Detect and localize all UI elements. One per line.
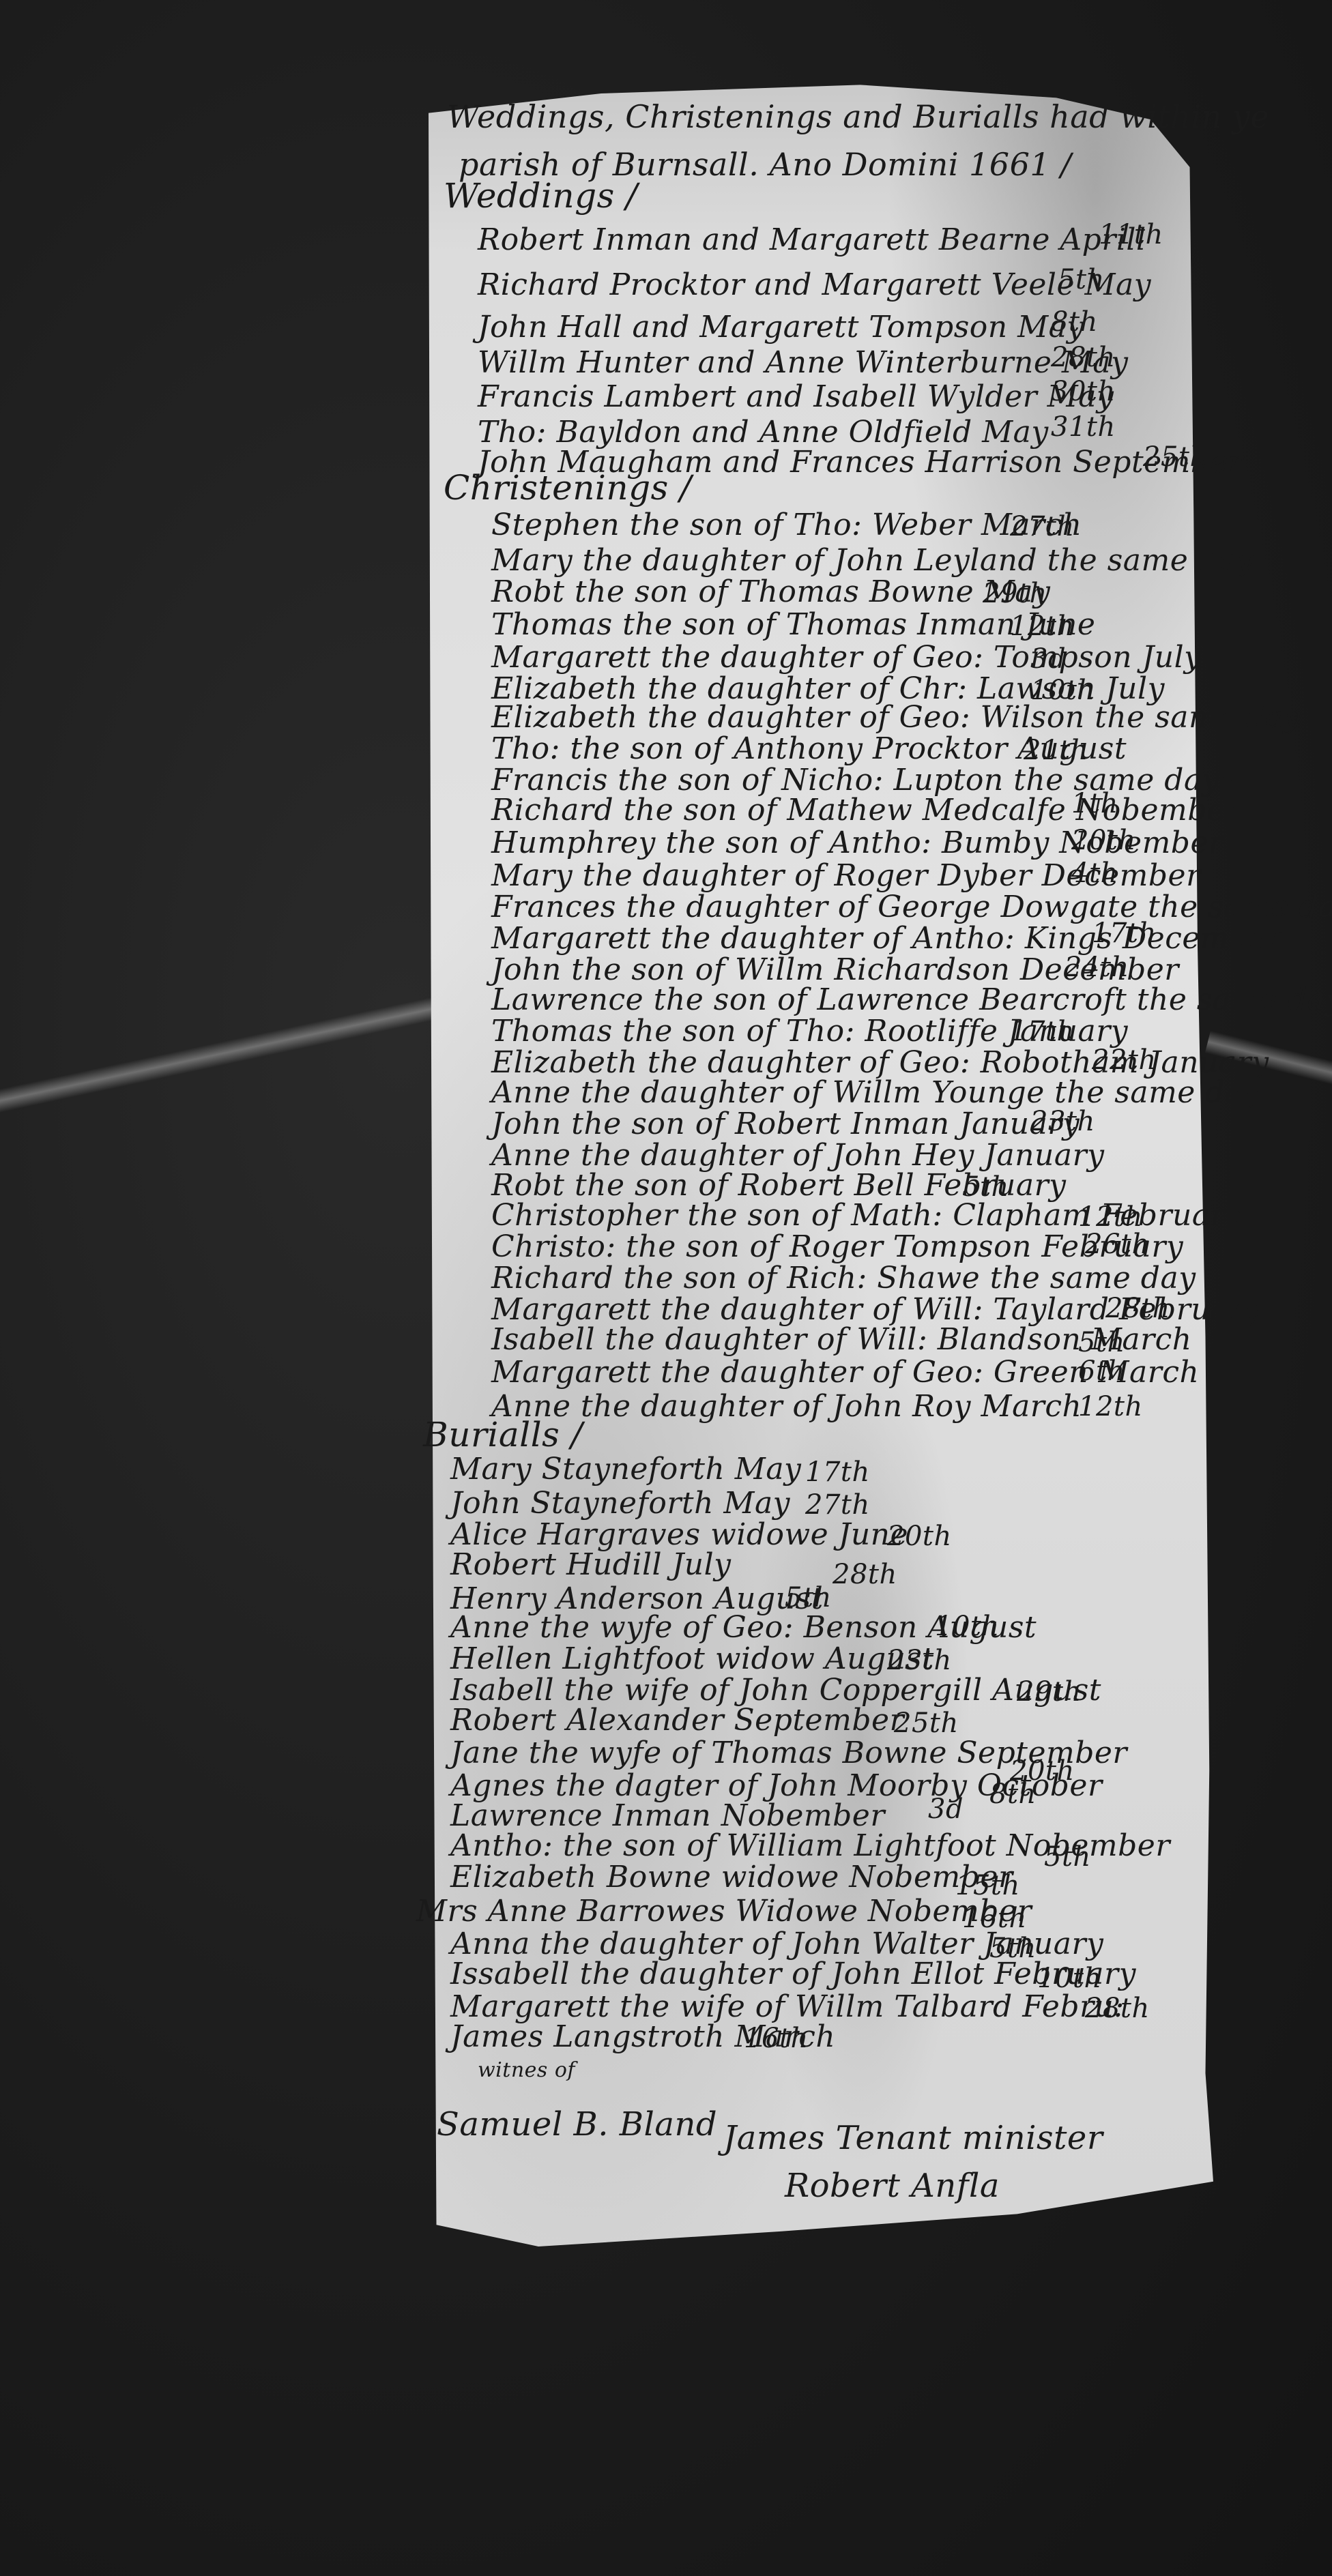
entry-date: 23th — [1030, 1108, 1095, 1135]
wedding-entry: Tho: Bayldon and Anne Oldfield May 31th — [478, 418, 1049, 448]
entry-text: Stephen the son of Tho: Weber March — [491, 508, 1082, 542]
christening-entry: Frances the daughter of George Dowgate t… — [491, 892, 1332, 922]
christening-entry: Christo: the son of Roger Tompson Februa… — [491, 1232, 1183, 1262]
christening-entry: Elizabeth the daughter of Geo: Robotham … — [491, 1048, 1269, 1078]
christening-entry: Isabell the daughter of Will: Blandson M… — [491, 1325, 1192, 1355]
entry-text: Margarett the daughter of Antho: Kings D… — [491, 921, 1282, 956]
entry-date: 12th — [1010, 613, 1075, 640]
entry-date: 31th — [1051, 413, 1116, 441]
entry-text: John the son of Robert Inman January — [491, 1107, 1080, 1141]
christening-entry: Mary the daughter of Roger Dyber Decembe… — [491, 861, 1201, 891]
burial-entry: Mrs Anne Barrowes Widowe Nobember16th — [416, 1897, 1032, 1927]
entry-text: Anne the daughter of Willm Younge the sa… — [491, 1075, 1260, 1110]
burial-entry: Jane the wyfe of Thomas Bowne September2… — [450, 1738, 1127, 1768]
burial-entry: John Stayneforth May27th — [450, 1489, 790, 1519]
entry-text: Elizabeth the daughter of Geo: Wilson th… — [491, 700, 1301, 735]
christening-entry: Mary the daughter of John Leyland the sa… — [491, 546, 1254, 576]
entry-date: 5th — [1044, 1843, 1091, 1871]
entry-text: Frances the daughter of George Dowgate t… — [491, 890, 1332, 924]
burial-entry: Antho: the son of William Lightfoot Nobe… — [450, 1831, 1170, 1861]
entry-date: 27th — [805, 1491, 870, 1519]
christening-entry: Thomas the son of Tho: Rootliffe January… — [491, 1016, 1128, 1046]
entry-date: 12th — [1078, 1203, 1143, 1231]
entry-date: 28th — [1105, 1295, 1170, 1322]
burial-entry: Isabell the wife of John Coppergill Augu… — [450, 1675, 1101, 1706]
burial-entry: Issabell the daughter of John Ellot Febr… — [450, 1959, 1136, 1989]
burial-entry: Anna the daughter of John Walter January… — [450, 1929, 1103, 1959]
entry-date: 5th — [962, 1173, 1009, 1201]
burial-entry: Hellen Lightfoot widow August23th — [450, 1644, 934, 1674]
christening-entry: Margarett the daughter of Geo: Green Mar… — [491, 1358, 1199, 1388]
manuscript-text: Weddings, Christenings and Burialls had … — [0, 0, 1332, 2576]
entry-date: 6th — [1078, 1358, 1125, 1385]
christening-entry: Christopher the son of Math: Clapham Feb… — [491, 1201, 1242, 1231]
christening-entry: Tho: the son of Anthony Procktor August2… — [491, 734, 1127, 764]
wedding-entry: Francis Lambert and Isabell Wylder May 3… — [478, 382, 1114, 412]
christening-entry: Stephen the son of Tho: Weber March27th — [491, 510, 1082, 540]
burial-entry: James Langstroth March16th — [450, 2022, 835, 2052]
entry-text: Robt the son of Thomas Bowne May — [491, 574, 1050, 609]
entry-date: 26th — [1085, 1231, 1150, 1258]
entry-text: Lawrence the son of Lawrence Bearcroft t… — [491, 982, 1332, 1017]
entry-text: Francis Lambert and Isabell Wylder May — [478, 379, 1114, 414]
entry-date: 12th — [1078, 1393, 1143, 1420]
entry-date: 5th — [1078, 1329, 1125, 1356]
entry-date: 8th — [1051, 308, 1098, 336]
burial-entry: Agnes the dagter of John Moorby October8… — [450, 1771, 1103, 1801]
entry-date: 25th — [894, 1710, 959, 1737]
burial-entry: Mary Stayneforth May17th — [450, 1454, 801, 1484]
entry-text: Christo: the son of Roger Tompson Februa… — [491, 1229, 1183, 1264]
entry-text: Robert Alexander September — [450, 1703, 904, 1738]
entry-date: 23th — [887, 1647, 952, 1674]
burial-entry: Anne the wyfe of Geo: Benson August10th — [450, 1613, 1037, 1643]
burial-entry: Elizabeth Bowne widowe Nobember15th — [450, 1862, 1013, 1892]
christening-entry: John the son of Willm Richardson Decembe… — [491, 955, 1179, 985]
entry-text: John Hall and Margarett Tompson May — [478, 310, 1084, 345]
christening-entry: Humphrey the son of Antho: Bumby Nobembe… — [491, 828, 1224, 858]
christening-entry: Robt the son of Robert Bell February5th — [491, 1171, 1067, 1201]
christening-entry: Thomas the son of Thomas Inman June12th — [491, 610, 1095, 640]
burial-entry: Robert Alexander September25th — [450, 1706, 904, 1736]
entry-date: 11th — [1099, 221, 1163, 248]
burials-heading: Burialls / — [423, 1418, 583, 1452]
wedding-entry: John Hall and Margarett Tompson May 8th — [478, 312, 1084, 342]
signature-james-tenant: James Tenant minister — [723, 2122, 1103, 2154]
entry-date: 17th — [1010, 1018, 1075, 1045]
burial-entry: Margarett the wife of Willm Talbard Febr… — [450, 1992, 1125, 2022]
wedding-entry: Richard Procktor and Margarett Veele May… — [478, 270, 1151, 300]
christening-entry: Margarett the daughter of Geo: Tompson J… — [491, 643, 1202, 673]
entry-date: 25th — [1143, 443, 1208, 471]
entry-date: 3d — [928, 1796, 964, 1823]
entry-date: 29th — [983, 580, 1047, 607]
christening-entry: Robt the son of Thomas Bowne May29th — [491, 577, 1050, 607]
christening-entry: Richard the son of Rich: Shawe the same … — [491, 1263, 1196, 1293]
entry-text: Richard the son of Rich: Shawe the same … — [491, 1261, 1196, 1296]
entry-date: 5th — [1058, 266, 1105, 293]
entry-date: 27th — [1010, 513, 1075, 540]
entry-date: 28th — [1085, 1995, 1150, 2022]
entry-text: Hellen Lightfoot widow August — [450, 1641, 934, 1676]
entry-date: 10th — [1037, 1965, 1102, 1992]
burial-entry: Lawrence Inman Nobember3d — [450, 1801, 885, 1831]
entry-date: 8th — [989, 1781, 1037, 1808]
entry-date: 3d — [1030, 645, 1066, 673]
entry-date: 4th — [1071, 860, 1118, 887]
entry-text: Richard Procktor and Margarett Veele May — [478, 267, 1151, 302]
christening-entry: Anne the daughter of John Hey January — [491, 1141, 1104, 1171]
entry-date: 17th — [1092, 920, 1157, 947]
christening-entry: Francis the son of Nicho: Lupton the sam… — [491, 765, 1238, 795]
entry-text: Margarett the daughter of Geo: Tompson J… — [491, 640, 1202, 675]
wedding-entry: Robert Inman and Margarett Bearne Aprill… — [478, 225, 1146, 255]
wedding-entry: Willm Hunter and Anne Winterburne May 28… — [478, 348, 1129, 378]
entry-text: Robert Hudill July — [450, 1547, 732, 1582]
entry-date: 28th — [832, 1561, 897, 1588]
christenings-heading: Christenings / — [444, 471, 692, 505]
entry-date: 24th — [1065, 954, 1129, 981]
weddings-heading: Weddings / — [444, 179, 638, 213]
entry-date: 28th — [1051, 344, 1116, 371]
entry-text: John Stayneforth May — [450, 1486, 790, 1521]
burial-entry: Robert Hudill July28th — [450, 1550, 732, 1580]
entry-date: 30th — [1051, 378, 1116, 405]
entry-text: Mary Stayneforth May — [450, 1452, 801, 1487]
entry-date: 20th — [887, 1523, 952, 1550]
entry-date: 21th — [1024, 737, 1088, 764]
entry-text: Richard the son of Mathew Medcalfe Nobem… — [491, 793, 1240, 828]
christening-entry: Anne the daughter of Willm Younge the sa… — [491, 1078, 1260, 1108]
entry-date: 22th — [1092, 1046, 1157, 1074]
witness-note: witnes of — [478, 2060, 575, 2081]
entry-date: 29th — [1017, 1678, 1082, 1706]
entry-text: Willm Hunter and Anne Winterburne May — [478, 345, 1129, 380]
burial-entry: Alice Hargraves widowe June20th — [450, 1520, 908, 1550]
entry-date: 20th — [1071, 827, 1136, 854]
entry-text: Mrs Anne Barrowes Widowe Nobember — [416, 1894, 1032, 1929]
entry-text: Issabell the daughter of John Ellot Febr… — [450, 1957, 1136, 1991]
entry-date: 17th — [805, 1459, 870, 1486]
entry-text: Mary the daughter of John Leyland the sa… — [491, 543, 1254, 578]
entry-text: Elizabeth Bowne widowe Nobember — [450, 1860, 1013, 1894]
christening-entry: Elizabeth the daughter of Geo: Wilson th… — [491, 703, 1301, 733]
entry-text: Robert Inman and Margarett Bearne Aprill — [478, 222, 1146, 257]
signature-robert-anfla: Robert Anfla — [785, 2169, 1000, 2202]
christening-entry: Lawrence the son of Lawrence Bearcroft t… — [491, 985, 1332, 1015]
christening-entry: Margarett the daughter of Will: Taylard … — [491, 1295, 1261, 1325]
signature-samuel-bland: Samuel B. Bland — [437, 2108, 717, 2141]
christening-entry: Margarett the daughter of Antho: Kings D… — [491, 924, 1282, 954]
entry-date: 5th — [785, 1584, 832, 1611]
christening-entry: Richard the son of Mathew Medcalfe Nobem… — [491, 795, 1240, 825]
document-title-line-1: Weddings, Christenings and Burialls had … — [447, 101, 1269, 132]
entry-date: 1th — [1071, 790, 1118, 817]
christening-entry: John the son of Robert Inman January23th — [491, 1109, 1080, 1139]
entry-text: Thomas the son of Thomas Inman June — [491, 607, 1095, 642]
entry-date: 16th — [744, 2025, 809, 2052]
entry-date: 10th — [935, 1613, 1000, 1640]
